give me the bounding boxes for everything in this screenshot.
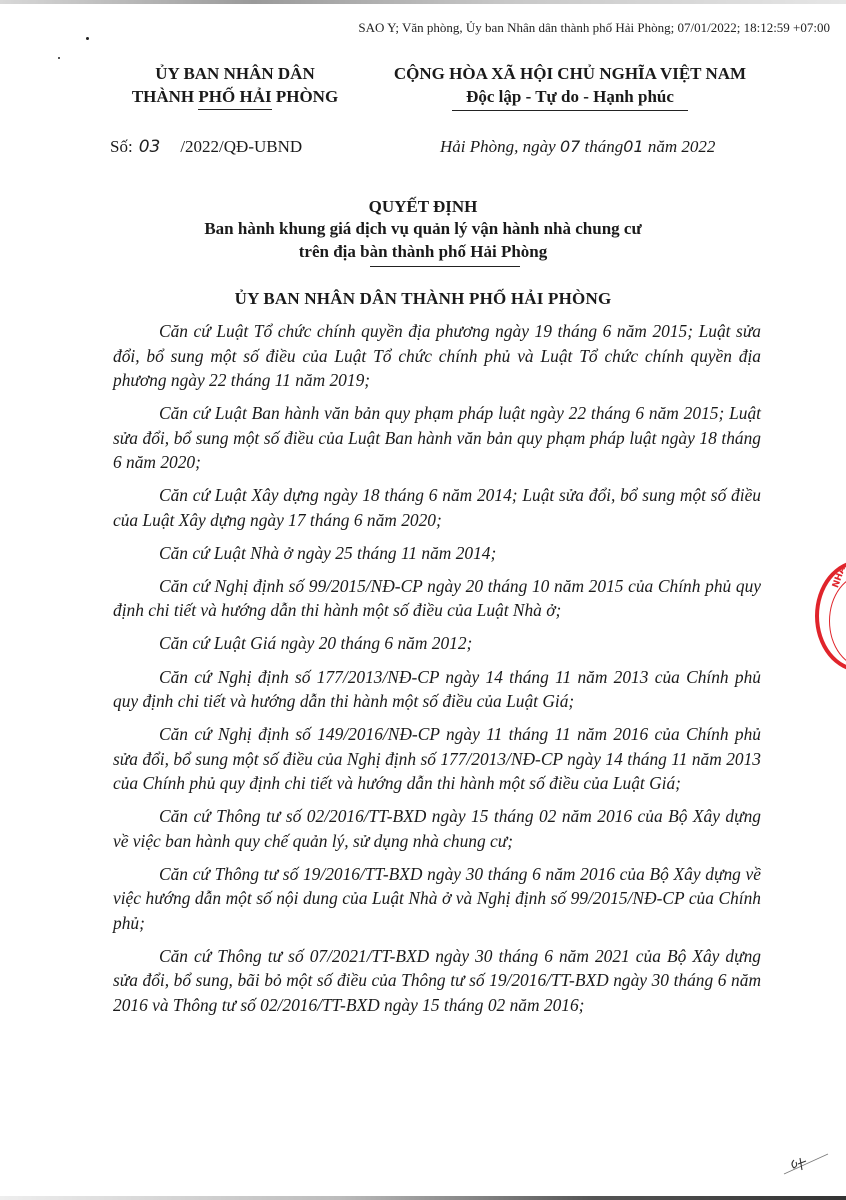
nation-title: CỘNG HÒA XÃ HỘI CHỦ NGHĨA VIỆT NAM	[370, 62, 770, 85]
decision-subject-line-1: Ban hành khung giá dịch vụ quản lý vận h…	[0, 219, 846, 239]
doc-number-prefix: Số:	[110, 137, 133, 156]
issuer-line-2: THÀNH PHỐ HẢI PHÒNG	[110, 85, 360, 108]
national-header: CỘNG HÒA XÃ HỘI CHỦ NGHĨA VIỆT NAM Độc l…	[370, 62, 770, 111]
digital-copy-stamp: SAO Y; Văn phòng, Ủy ban Nhân dân thành …	[358, 20, 830, 36]
issuer-underline	[198, 109, 272, 110]
scan-speck	[58, 57, 60, 59]
date-month-handwritten: 01	[623, 137, 643, 156]
subject-underline	[370, 266, 520, 267]
issuer-line-1: ỦY BAN NHÂN DÂN	[110, 62, 360, 85]
legal-basis-item: Căn cứ Luật Xây dựng ngày 18 tháng 6 năm…	[113, 483, 761, 532]
legal-basis-item: Căn cứ Nghị định số 99/2015/NĐ-CP ngày 2…	[113, 574, 761, 623]
issuing-authority: ỦY BAN NHÂN DÂN THÀNH PHỐ HẢI PHÒNG	[0, 289, 846, 309]
legal-basis-item: Căn cứ Luật Ban hành văn bản quy phạm ph…	[113, 401, 761, 475]
issuer-header: ỦY BAN NHÂN DÂN THÀNH PHỐ HẢI PHÒNG	[110, 62, 360, 110]
legal-basis-item: Căn cứ Luật Nhà ở ngày 25 tháng 11 năm 2…	[113, 541, 761, 566]
decision-subject-line-2: trên địa bàn thành phố Hải Phòng	[0, 242, 846, 262]
decision-type: QUYẾT ĐỊNH	[0, 197, 846, 217]
nation-motto: Độc lập - Tự do - Hạnh phúc	[370, 85, 770, 108]
document-date: Hải Phòng, ngày 07 tháng01 năm 2022	[440, 137, 715, 157]
doc-number-suffix: /2022/QĐ-UBND	[180, 137, 302, 156]
legal-basis-item: Căn cứ Thông tư số 07/2021/TT-BXD ngày 3…	[113, 944, 761, 1018]
legal-basis-item: Căn cứ Thông tư số 02/2016/TT-BXD ngày 1…	[113, 804, 761, 853]
legal-basis-item: Căn cứ Luật Giá ngày 20 tháng 6 năm 2012…	[113, 631, 761, 656]
legal-bases: Căn cứ Luật Tổ chức chính quyền địa phươ…	[113, 319, 761, 1026]
legal-basis-item: Căn cứ Luật Tổ chức chính quyền địa phươ…	[113, 319, 761, 393]
motto-underline	[452, 110, 688, 111]
document-number: Số:03/2022/QĐ-UBND	[110, 137, 302, 157]
scan-edge-top	[0, 0, 846, 4]
scan-edge-bottom	[0, 1196, 846, 1200]
date-day-handwritten: 07	[560, 137, 580, 156]
doc-number-handwritten: 03	[139, 137, 161, 157]
legal-basis-item: Căn cứ Thông tư số 19/2016/TT-BXD ngày 3…	[113, 862, 761, 936]
legal-basis-item: Căn cứ Nghị định số 149/2016/NĐ-CP ngày …	[113, 722, 761, 796]
date-year: năm 2022	[648, 137, 716, 156]
scan-speck	[86, 37, 89, 40]
handwritten-initial-icon	[782, 1148, 832, 1178]
red-official-seal-icon: NHÂN	[815, 560, 846, 672]
date-place: Hải Phòng, ngày	[440, 137, 556, 156]
date-month-label: tháng	[585, 137, 624, 156]
legal-basis-item: Căn cứ Nghị định số 177/2013/NĐ-CP ngày …	[113, 665, 761, 714]
